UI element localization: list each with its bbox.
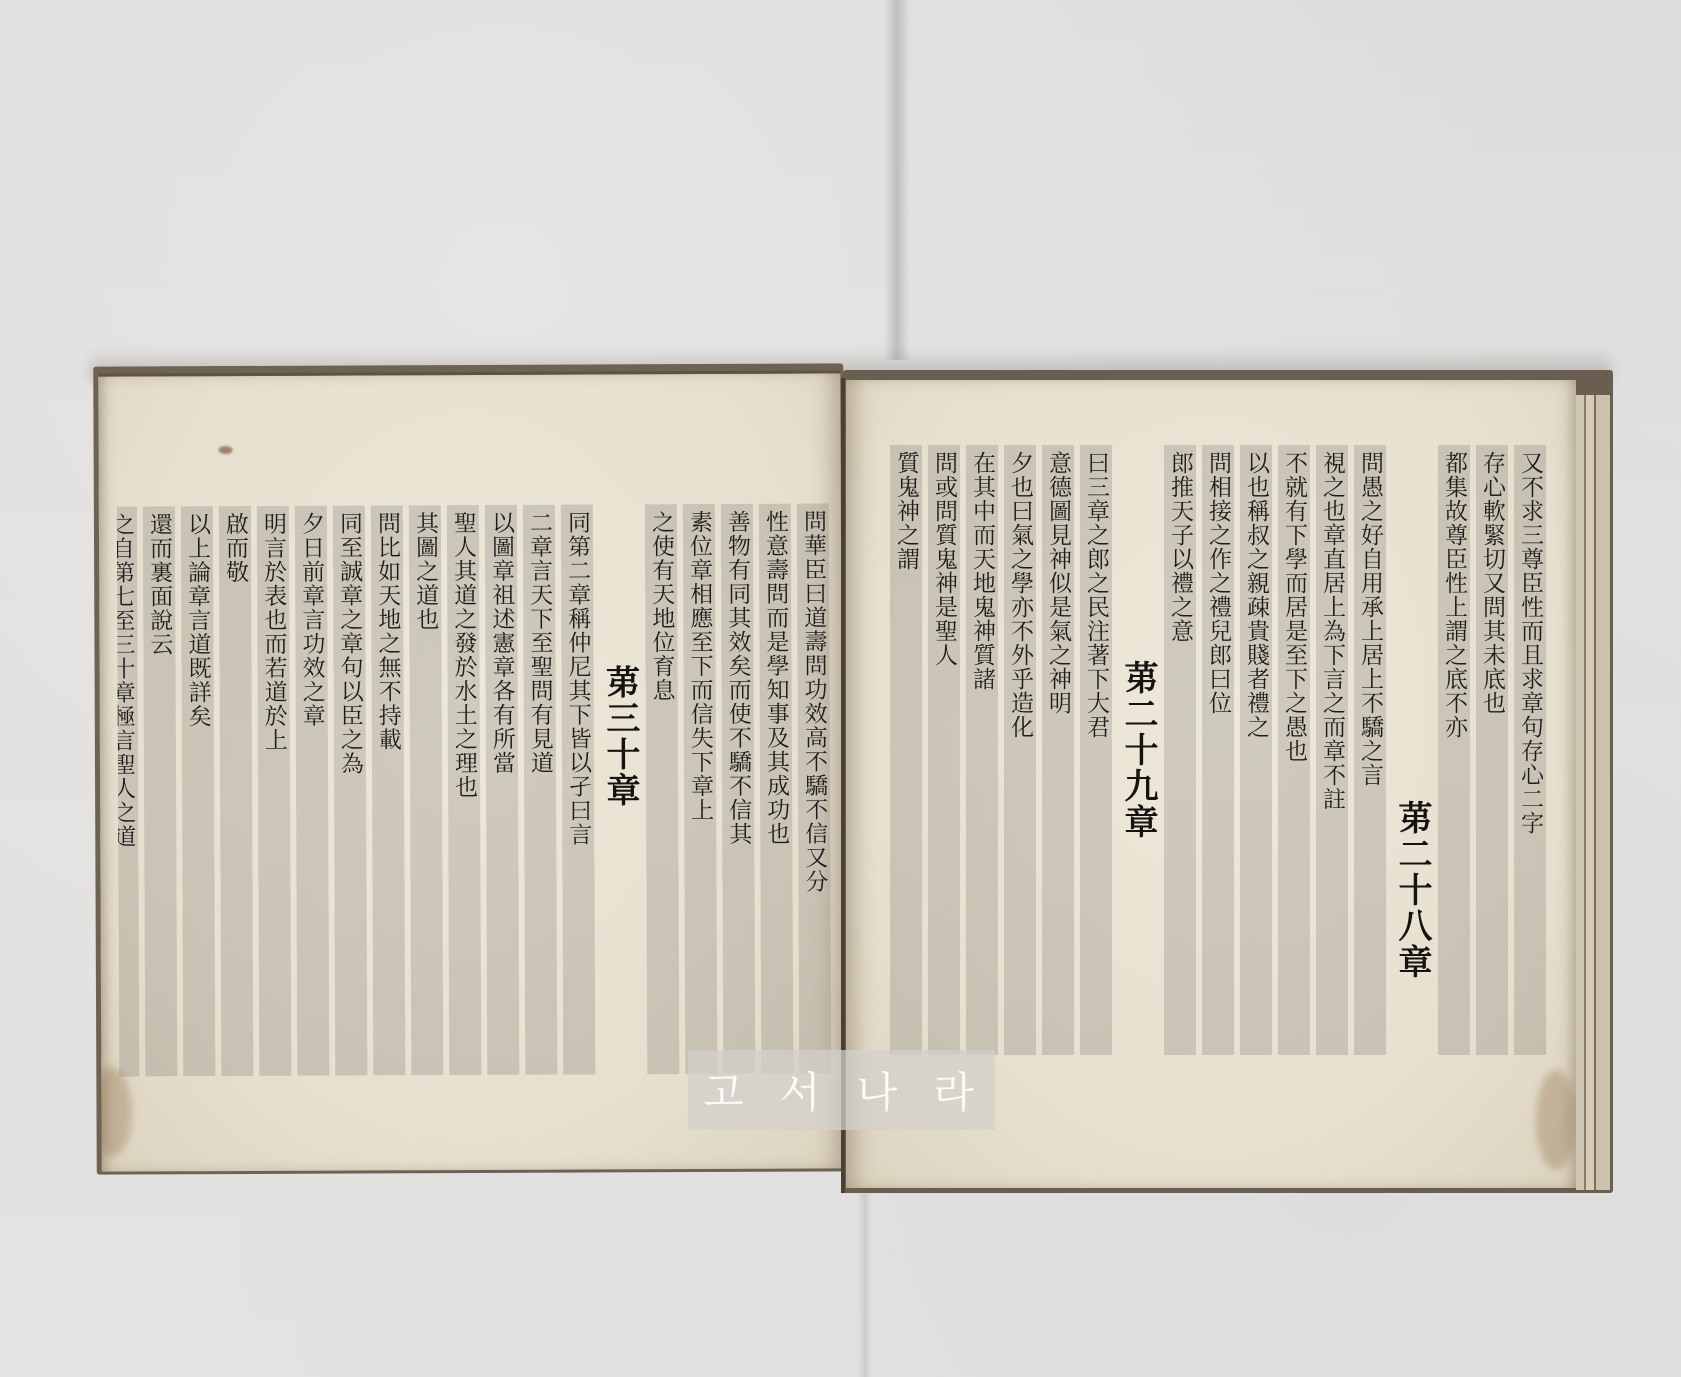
text-column: 之使有天地位育息 <box>645 504 679 1074</box>
background-fold-shadow <box>884 0 910 360</box>
ink-spot <box>219 446 233 454</box>
text-column: 郎推天子以禮之意 <box>1164 445 1196 1055</box>
text-column: 意德圖見神似是氣之神明 <box>1042 445 1074 1055</box>
right-text-block: 又不求三尊臣性而且求章句存心二字 存心軟緊切又問其未底也 都集故尊臣性上謂之底不… <box>886 445 1546 1055</box>
text-column: 還而裏面說云 <box>143 506 177 1076</box>
text-column: 又不求三尊臣性而且求章句存心二字 <box>1514 445 1546 1055</box>
text-column: 善物有同其效矣而使不驕不信其 <box>721 504 755 1074</box>
water-stain <box>1536 1070 1576 1170</box>
chapter-heading-29: 苐二十九章 <box>1118 445 1158 1055</box>
text-column: 問相接之作之禮兒郎曰位 <box>1202 445 1234 1055</box>
text-column: 同第二章稱仲尼其下皆以孑曰言 <box>561 504 595 1074</box>
text-column: 問華臣曰道壽問功效高不驕不信又分 <box>797 503 831 1073</box>
text-column: 啟而敬 <box>219 506 253 1076</box>
text-column: 同至誠章之章句以臣之為 <box>333 505 367 1075</box>
text-column: 以圖章祖述憲章各有所當 <box>485 505 519 1075</box>
text-column: 不就有下學而居是至下之愚也 <box>1278 445 1310 1055</box>
text-column: 夕也曰氣之學亦不外乎造化 <box>1004 445 1036 1055</box>
text-column: 夕日前章言功效之章 <box>295 506 329 1076</box>
chapter-heading-28: 苐二十八章 <box>1392 445 1432 1055</box>
text-column: 之自第七至三十章極言聖人之道 <box>117 506 139 1076</box>
text-column: 質鬼神之謂 <box>890 445 922 1055</box>
text-column: 明言於表也而若道於上 <box>257 506 291 1076</box>
text-column: 其圖之道也 <box>409 505 443 1075</box>
left-text-block: 問華臣曰道壽問功效高不驕不信又分 性意壽問而是學知事及其成功也 善物有同其效矣而… <box>117 503 831 1076</box>
text-column: 問愚之好自用承上居上不驕之言 <box>1354 445 1386 1055</box>
text-column: 存心軟緊切又問其未底也 <box>1476 445 1508 1055</box>
page-edge-stack <box>1576 395 1610 1190</box>
text-column: 曰三章之郎之民注著下大君 <box>1080 445 1112 1055</box>
text-column: 二章言天下至聖問有見道 <box>523 505 557 1075</box>
text-column: 以也稱叔之親疎貴賤者禮之 <box>1240 445 1272 1055</box>
watermark-char: 라 <box>933 1060 980 1120</box>
water-stain <box>98 1066 131 1156</box>
text-column: 性意壽問而是學知事及其成功也 <box>759 504 793 1074</box>
text-column: 以上論章言道既詳矣 <box>181 506 215 1076</box>
text-column: 視之也章直居上為下言之而章不註 <box>1316 445 1348 1055</box>
watermark-char: 서 <box>780 1060 827 1120</box>
background-fold-shadow-lower <box>858 1190 872 1377</box>
text-column: 素位章相應至下而信失下章上 <box>683 504 717 1074</box>
text-column: 聖人其道之發於水土之理也 <box>447 505 481 1075</box>
text-column: 在其中而天地鬼神質諸 <box>966 445 998 1055</box>
watermark: 고 서 나 라 <box>688 1050 995 1130</box>
chapter-heading: 苐三十章 <box>599 504 641 1074</box>
text-column: 問比如天地之無不持載 <box>371 505 405 1075</box>
text-column: 都集故尊臣性上謂之底不亦 <box>1438 445 1470 1055</box>
watermark-char: 나 <box>857 1060 904 1120</box>
text-column: 問或問質鬼神是聖人 <box>928 445 960 1055</box>
watermark-char: 고 <box>703 1060 750 1120</box>
